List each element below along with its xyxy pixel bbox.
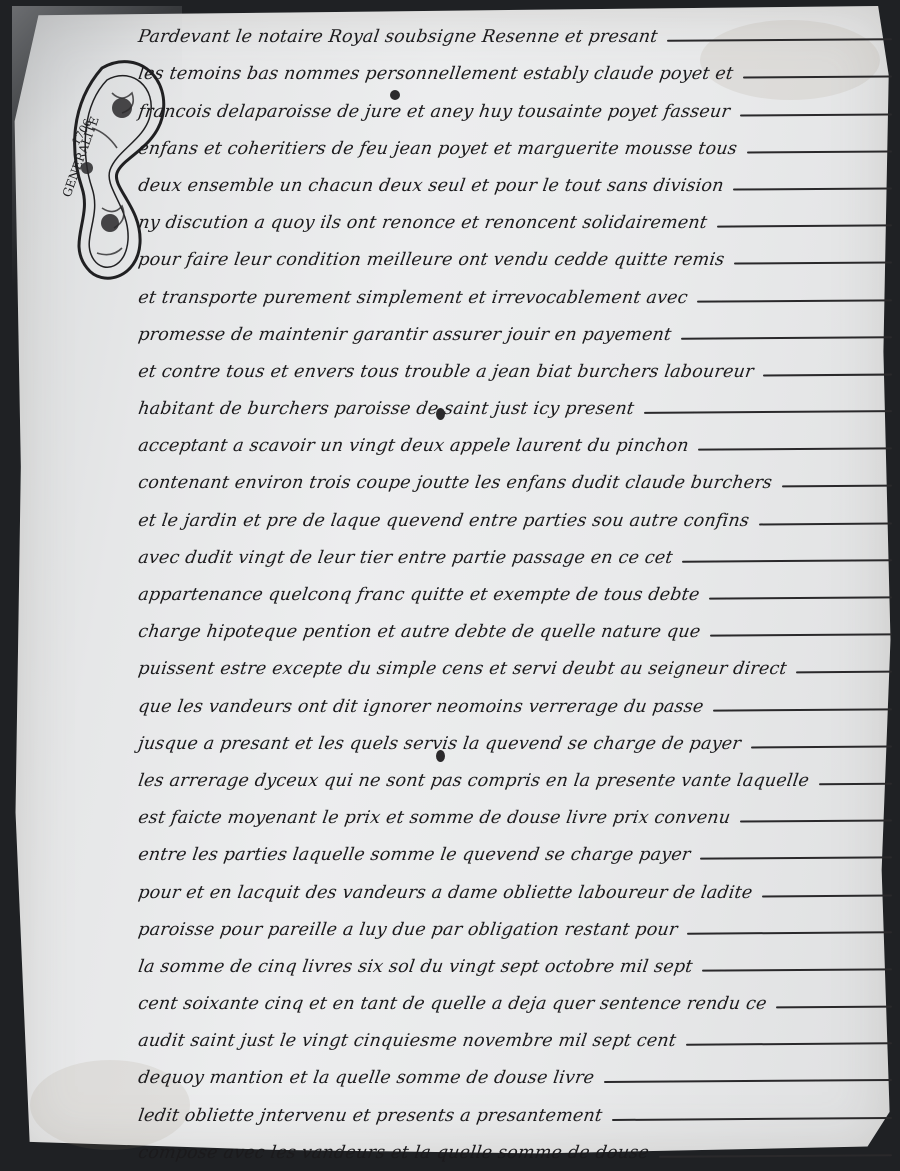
ink-blot xyxy=(436,750,445,762)
line-filler-stroke xyxy=(698,448,892,451)
text-line: et le jardin et pre de laque quevend ent… xyxy=(138,497,898,534)
line-filler-stroke xyxy=(697,299,892,302)
text-line: dequoy mantion et la quelle somme de dou… xyxy=(138,1055,898,1092)
line-filler-stroke xyxy=(734,262,892,265)
line-filler-stroke xyxy=(702,968,892,971)
line-filler-stroke xyxy=(700,857,892,860)
text-line: et transporte purement simplement et irr… xyxy=(138,274,898,311)
text-line: acceptant a scavoir un vingt deux appele… xyxy=(138,423,898,460)
text-line: ledit obliette jntervenu et presents a p… xyxy=(138,1092,898,1129)
line-filler-stroke xyxy=(682,559,892,562)
line-filler-stroke xyxy=(717,225,892,228)
line-filler-stroke xyxy=(740,113,892,116)
line-filler-stroke xyxy=(763,373,892,376)
line-filler-stroke xyxy=(762,894,892,897)
text-line: les arrerage dyceux qui ne sont pas comp… xyxy=(138,758,898,795)
line-filler-stroke xyxy=(659,1154,892,1158)
text-line: est faicte moyenant le prix et somme de … xyxy=(138,795,898,832)
line-filler-stroke xyxy=(796,671,892,674)
line-filler-stroke xyxy=(747,150,892,153)
handwritten-text-body: Pardevant le notaire Royal soubsigne Res… xyxy=(138,14,898,1167)
line-filler-stroke xyxy=(604,1079,892,1083)
ink-blot xyxy=(436,408,445,420)
line-filler-stroke xyxy=(733,187,892,190)
line-filler-stroke xyxy=(710,634,892,637)
text-line: entre les parties laquelle somme le quev… xyxy=(138,832,898,869)
line-filler-stroke xyxy=(612,1117,892,1121)
text-line: deux ensemble un chacun deux seul et pou… xyxy=(138,163,898,200)
text-line: appartenance quelconq franc quitte et ex… xyxy=(138,572,898,609)
text-line: avec dudit vingt de leur tier entre part… xyxy=(138,535,898,572)
text-line: compose avec les vandeurs et la quelle s… xyxy=(138,1130,898,1167)
text-line: cent soixante cinq et en tant de quelle … xyxy=(138,981,898,1018)
text-line: la somme de cinq livres six sol du vingt… xyxy=(138,944,898,981)
text-line: enfans et coheritiers de feu jean poyet … xyxy=(138,126,898,163)
text-line: les temoins bas nommes personnellement e… xyxy=(138,51,898,88)
text-line: pour faire leur condition meilleure ont … xyxy=(138,237,898,274)
line-filler-stroke xyxy=(819,783,892,786)
line-filler-stroke xyxy=(759,522,892,525)
text-line: promesse de maintenir garantir assurer j… xyxy=(138,312,898,349)
line-filler-stroke xyxy=(687,931,892,934)
text-line: charge hipoteque pention et autre debte … xyxy=(138,609,898,646)
line-filler-stroke xyxy=(667,38,892,42)
line-filler-stroke xyxy=(713,708,892,711)
text-line: ny discution a quoy ils ont renonce et r… xyxy=(138,200,898,237)
text-line: audit saint just le vingt cinquiesme nov… xyxy=(138,1018,898,1055)
line-filler-stroke xyxy=(709,596,892,599)
text-line: contenant environ trois coupe joutte les… xyxy=(138,460,898,497)
line-filler-stroke xyxy=(782,485,892,488)
text-line: paroisse pour pareille a luy due par obl… xyxy=(138,907,898,944)
line-filler-stroke xyxy=(740,820,892,823)
text-line: que les vandeurs ont dit ignorer neomoin… xyxy=(138,683,898,720)
line-filler-stroke xyxy=(686,1043,892,1046)
ink-blot xyxy=(390,90,400,100)
line-filler-stroke xyxy=(644,410,892,414)
line-filler-stroke xyxy=(681,336,892,339)
text-line: habitant de burchers paroisse de saint j… xyxy=(138,386,898,423)
line-filler-stroke xyxy=(743,76,892,79)
line-filler-stroke xyxy=(776,1006,892,1009)
text-line: pour et en lacquit des vandeurs a dame o… xyxy=(138,869,898,906)
text-line: Pardevant le notaire Royal soubsigne Res… xyxy=(138,14,898,51)
text-line: puissent estre excepte du simple cens et… xyxy=(138,646,898,683)
text-line: francois delaparoisse de jure et aney hu… xyxy=(138,88,898,125)
line-filler-stroke xyxy=(751,745,892,748)
text-line: jusque a presant et les quels servis la … xyxy=(138,721,898,758)
text-line: et contre tous et envers tous trouble a … xyxy=(138,349,898,386)
